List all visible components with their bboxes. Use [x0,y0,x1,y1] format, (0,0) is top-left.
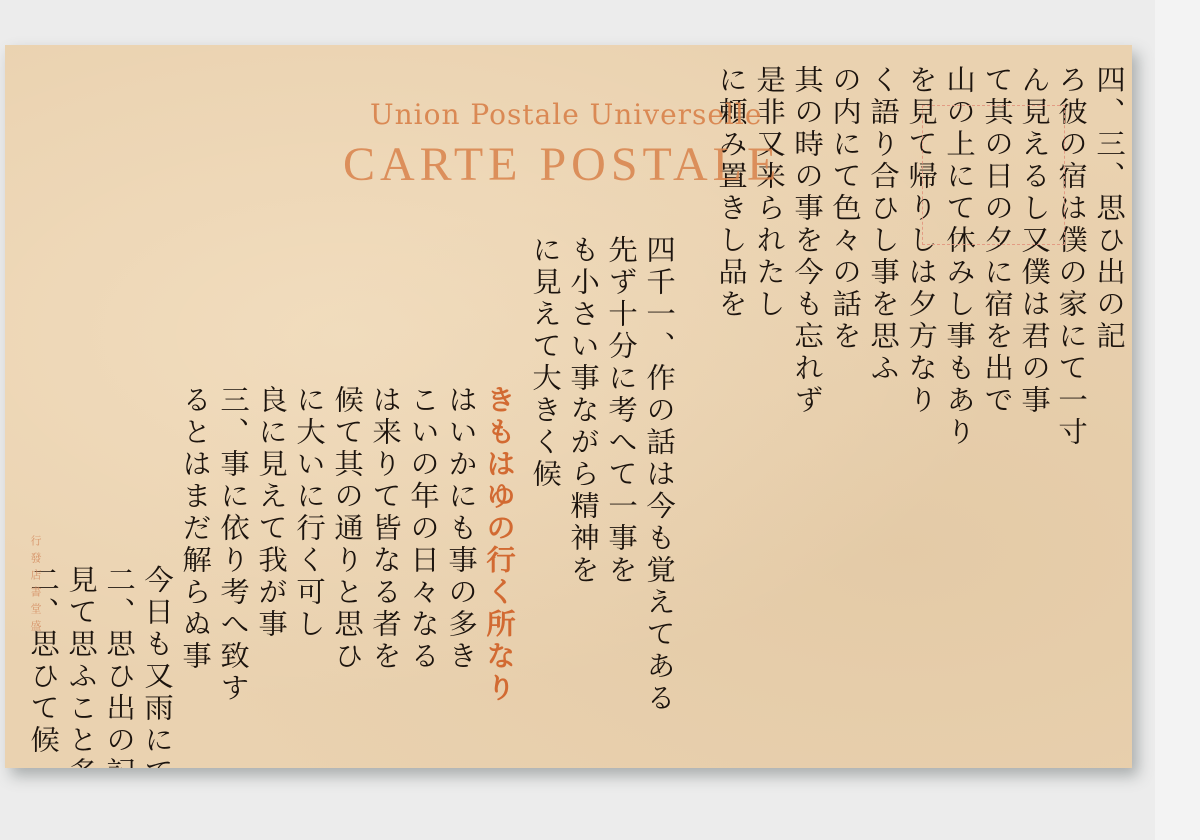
stamp-placeholder-box [922,105,1065,245]
handwritten-column: に大いに行く可し [294,385,323,641]
handwritten-column: 先ず十分に考へて一事を [606,235,635,587]
handwritten-column: 二、思ひ出の記 [104,565,133,768]
handwritten-column: 四、三、思ひ出の記 [1094,65,1123,353]
handwritten-column: 今日も又雨にて候 [142,565,171,768]
page-margin-strip [1155,0,1200,840]
handwritten-column: きもはゆの行く所なり [484,385,513,705]
publisher-imprint: 行發店書堂盛 [27,535,43,637]
handwritten-column: も小さい事ながら精神を [568,235,597,587]
handwritten-column: 見て思ふこと多し [66,565,95,768]
header-carte-postale: CARTE POSTALE [343,137,781,192]
handwritten-column: 四千一、作の話は今も覚えてある [644,235,673,715]
handwritten-column: るとはまだ解らぬ事 [180,385,209,673]
handwritten-column: 候て其の通りと思ひ [332,385,361,673]
header-union-postale: Union Postale Universelle [370,98,762,131]
handwritten-column: の内にて色々の話を [830,65,859,353]
handwritten-column: く語り合ひし事を思ふ [868,65,897,385]
handwritten-column: は来りて皆なる者を [370,385,399,673]
handwritten-column: はいかにも事の多き [446,385,475,673]
postcard: 四、三、思ひ出の記ろ彼の宿は僕の家にて一寸ん見えるし又僕は君の事て其の日の夕に宿… [5,45,1132,768]
handwritten-column: 其の時の事を今も忘れず [792,65,821,417]
handwritten-column: 良に見えて我が事 [256,385,285,641]
handwritten-column: 三、事に依り考へ致す [218,385,247,705]
handwritten-column: に見えて大きく候 [530,235,559,491]
handwritten-column: こいの年の日々なる [408,385,437,673]
